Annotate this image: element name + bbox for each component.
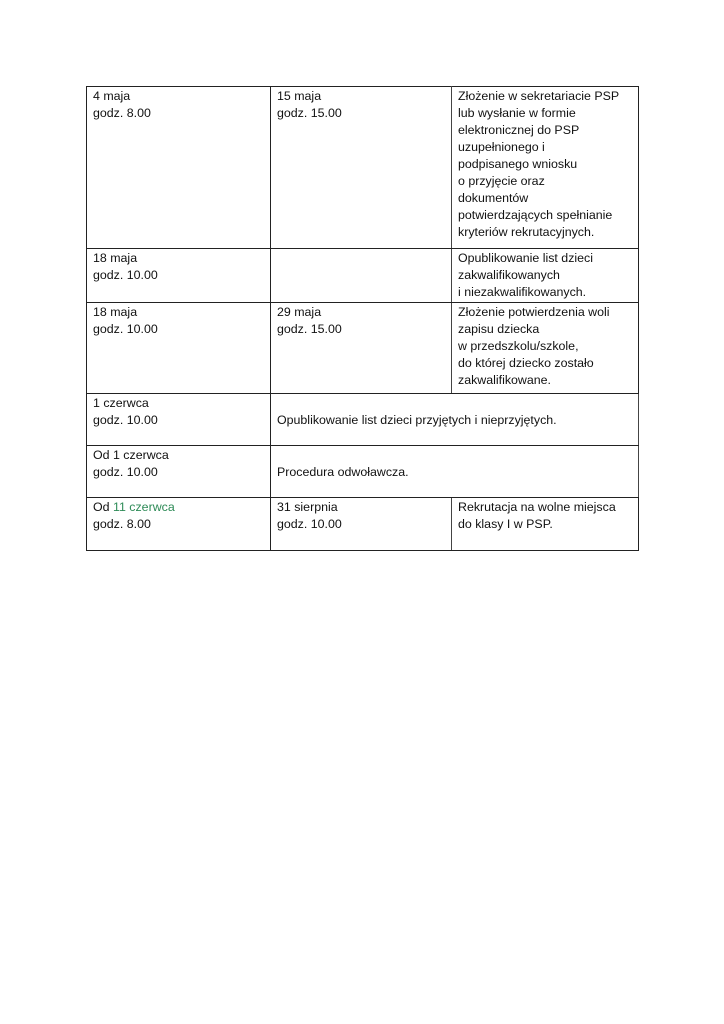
description-line: potwierdzających spełnianie — [458, 207, 632, 224]
description-cell: Złożenie w sekretariacie PSP lub wysłani… — [452, 87, 639, 249]
description-cell: Rekrutacja na wolne miejsca do klasy I w… — [452, 498, 639, 551]
end-date: 15 maja — [277, 88, 445, 105]
start-time: godz. 10.00 — [93, 267, 264, 284]
start-date: 4 maja — [93, 88, 264, 105]
description-line: dokumentów — [458, 190, 632, 207]
start-time: godz. 10.00 — [93, 464, 264, 481]
start-date: 18 maja — [93, 304, 264, 321]
start-date-cell: 1 czerwca godz. 10.00 — [87, 394, 271, 446]
end-time: godz. 10.00 — [277, 516, 445, 533]
description-line: lub wysłanie w formie — [458, 105, 632, 122]
highlighted-date: 11 czerwca — [113, 500, 175, 514]
description-cell: Opublikowanie list dzieci zakwalifikowan… — [452, 249, 639, 303]
table-row: 1 czerwca godz. 10.00 Opublikowanie list… — [87, 394, 639, 446]
description-line: w przedszkolu/szkole, — [458, 338, 632, 355]
end-date-cell: 31 sierpnia godz. 10.00 — [271, 498, 452, 551]
description-line: Złożenie w sekretariacie PSP — [458, 88, 632, 105]
description-line: kryteriów rekrutacyjnych. — [458, 224, 632, 241]
start-date: Od 11 czerwca — [93, 499, 264, 516]
description-line: do której dziecko zostało — [458, 355, 632, 372]
table-row: 18 maja godz. 10.00 29 maja godz. 15.00 … — [87, 303, 639, 394]
description-line: do klasy I w PSP. — [458, 516, 632, 533]
description-line: elektronicznej do PSP — [458, 122, 632, 139]
start-time: godz. 10.00 — [93, 321, 264, 338]
start-time: godz. 8.00 — [93, 105, 264, 122]
merged-description-cell: Procedura odwoławcza. — [271, 446, 639, 498]
end-time: godz. 15.00 — [277, 321, 445, 338]
description-line: podpisanego wniosku — [458, 156, 632, 173]
description-line: Złożenie potwierdzenia woli — [458, 304, 632, 321]
start-time: godz. 10.00 — [93, 412, 264, 429]
table-row: Od 11 czerwca godz. 8.00 31 sierpnia god… — [87, 498, 639, 551]
description-text: Opublikowanie list dzieci przyjętych i n… — [277, 395, 632, 429]
description-line: Rekrutacja na wolne miejsca — [458, 499, 632, 516]
start-time: godz. 8.00 — [93, 516, 264, 533]
description-line: uzupełnionego i — [458, 139, 632, 156]
table-row: 4 maja godz. 8.00 15 maja godz. 15.00 Zł… — [87, 87, 639, 249]
table-row: 18 maja godz. 10.00 Opublikowanie list d… — [87, 249, 639, 303]
end-date: 31 sierpnia — [277, 499, 445, 516]
description-cell: Złożenie potwierdzenia woli zapisu dziec… — [452, 303, 639, 394]
start-date: Od 1 czerwca — [93, 447, 264, 464]
table-row: Od 1 czerwca godz. 10.00 Procedura odwoł… — [87, 446, 639, 498]
start-date-cell: 18 maja godz. 10.00 — [87, 249, 271, 303]
description-line: Opublikowanie list dzieci — [458, 250, 632, 267]
end-date: 29 maja — [277, 304, 445, 321]
description-text: Procedura odwoławcza. — [277, 447, 632, 481]
document-page: 4 maja godz. 8.00 15 maja godz. 15.00 Zł… — [0, 0, 724, 1024]
start-date: 18 maja — [93, 250, 264, 267]
start-date-cell: Od 1 czerwca godz. 10.00 — [87, 446, 271, 498]
recruitment-schedule-table: 4 maja godz. 8.00 15 maja godz. 15.00 Zł… — [86, 86, 639, 551]
end-date-cell — [271, 249, 452, 303]
end-time: godz. 15.00 — [277, 105, 445, 122]
start-date-prefix: Od — [93, 500, 113, 514]
start-date-cell: Od 11 czerwca godz. 8.00 — [87, 498, 271, 551]
start-date-cell: 18 maja godz. 10.00 — [87, 303, 271, 394]
description-line: o przyjęcie oraz — [458, 173, 632, 190]
end-date-cell: 29 maja godz. 15.00 — [271, 303, 452, 394]
description-line: zakwalifikowanych — [458, 267, 632, 284]
description-line: zakwalifikowane. — [458, 372, 632, 389]
description-line: i niezakwalifikowanych. — [458, 284, 632, 301]
end-date-cell: 15 maja godz. 15.00 — [271, 87, 452, 249]
merged-description-cell: Opublikowanie list dzieci przyjętych i n… — [271, 394, 639, 446]
description-line: zapisu dziecka — [458, 321, 632, 338]
start-date: 1 czerwca — [93, 395, 264, 412]
start-date-cell: 4 maja godz. 8.00 — [87, 87, 271, 249]
